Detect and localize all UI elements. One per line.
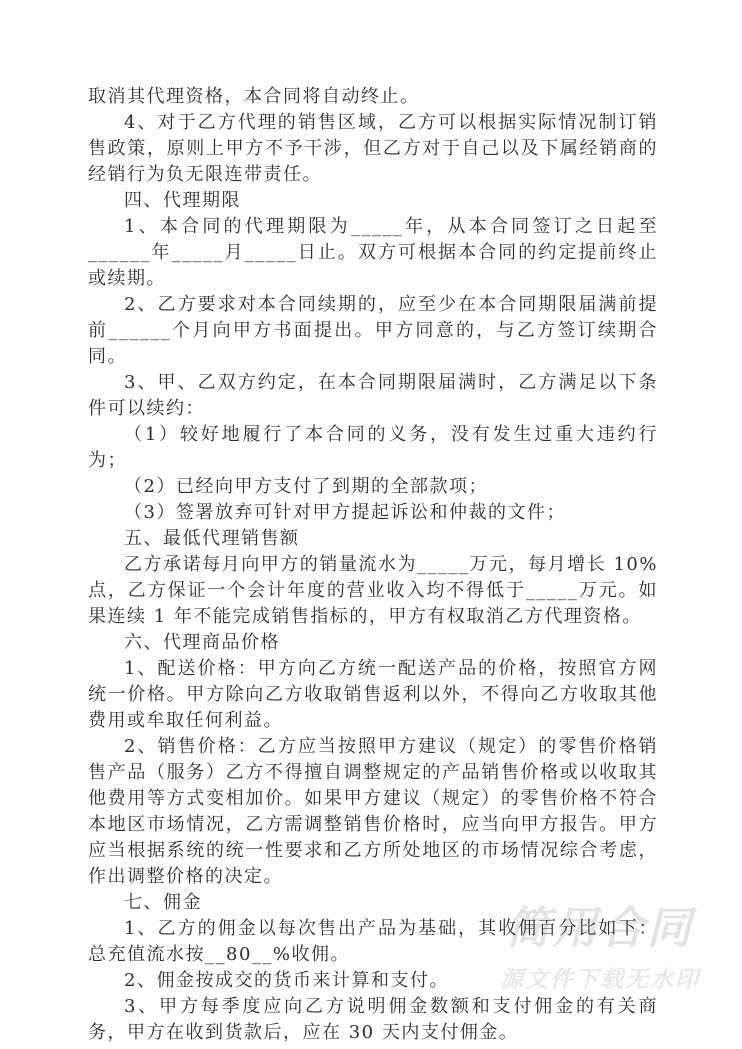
section-heading: 四、代理期限 <box>88 188 658 214</box>
contract-body: 取消其代理资格，本合同将自动终止。4、对于乙方代理的销售区域，乙方可以根据实际情… <box>88 84 658 1046</box>
paragraph: 2、佣金按成交的货币来计算和支付。 <box>88 968 658 994</box>
paragraph: 3、甲方每季度应向乙方说明佣金数额和支付佣金的有关商务，甲方在收到货款后，应在 … <box>88 994 658 1046</box>
section-heading: 七、佣金 <box>88 890 658 916</box>
paragraph: 取消其代理资格，本合同将自动终止。 <box>88 84 658 110</box>
section-heading: 六、代理商品价格 <box>88 630 658 656</box>
paragraph: 1、乙方的佣金以每次售出产品为基础，其收佣百分比如下：总充值流水按__80__%… <box>88 916 658 968</box>
paragraph: 1、配送价格：甲方向乙方统一配送产品的价格，按照官方网统一价格。甲方除向乙方收取… <box>88 656 658 734</box>
paragraph: 乙方承诺每月向甲方的销量流水为_____万元，每月增长 10%点，乙方保证一个会… <box>88 552 658 630</box>
paragraph: 2、乙方要求对本合同续期的，应至少在本合同期限届满前提前______个月向甲方书… <box>88 292 658 370</box>
paragraph: （2）已经向甲方支付了到期的全部款项； <box>88 474 658 500</box>
paragraph: （1）较好地履行了本合同的义务，没有发生过重大违约行为； <box>88 422 658 474</box>
paragraph: 3、甲、乙双方约定，在本合同期限届满时，乙方满足以下条件可以续约： <box>88 370 658 422</box>
paragraph: （3）签署放弃可针对甲方提起诉讼和仲裁的文件； <box>88 500 658 526</box>
paragraph: 4、对于乙方代理的销售区域，乙方可以根据实际情况制订销售政策，原则上甲方不予干涉… <box>88 110 658 188</box>
paragraph: 1、本合同的代理期限为_____年，从本合同签订之日起至______年_____… <box>88 214 658 292</box>
document-page: 取消其代理资格，本合同将自动终止。4、对于乙方代理的销售区域，乙方可以根据实际情… <box>0 0 742 1049</box>
section-heading: 五、最低代理销售额 <box>88 526 658 552</box>
paragraph: 2、销售价格：乙方应当按照甲方建议（规定）的零售价格销售产品（服务）乙方不得擅自… <box>88 734 658 890</box>
